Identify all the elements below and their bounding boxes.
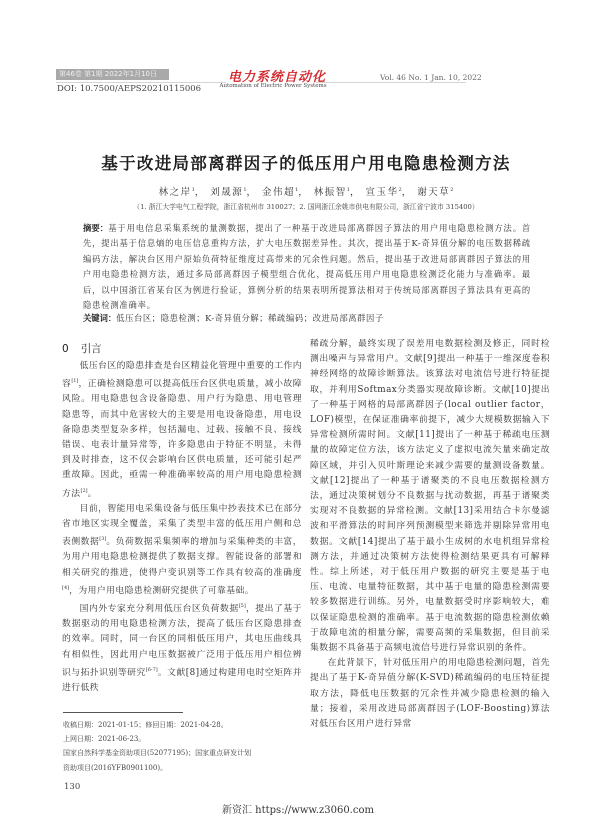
footnote-line-dates: 收稿日期：2021-01-15；修回日期：2021-04-28。 [63, 718, 303, 732]
citation[interactable]: [2] [81, 488, 88, 494]
author-affil-mark: 2 [450, 187, 453, 193]
author: 林振智 [314, 187, 347, 198]
keywords: 关键词：低压台区；隐患检测；K-奇异值分解；稀疏编码；改进局部离群因子 [83, 312, 531, 324]
page-number: 130 [64, 782, 80, 792]
paragraph-text: 。 [88, 489, 97, 499]
footnote-line-online: 上网日期：2021-06-23。 [63, 732, 303, 746]
abstract-label: 摘要： [83, 223, 108, 233]
footnote-rule [63, 712, 183, 713]
author-affil-mark: 1 [295, 187, 298, 193]
author: 林之岸 [159, 187, 192, 198]
body-column-right: 稀疏分解，最终实现了误差用电数据检测及修正，同时检测出噪声与异常用户。文献[9]… [310, 337, 550, 732]
author-affil-mark: 1 [347, 187, 350, 193]
volume-info: Vol. 46 No. 1 Jan. 10, 2022 [380, 73, 468, 82]
paragraph-text: ，正确检测隐患可以提高低压台区供电质量，减小故障风险。用电隐患包含设备隐患、用户… [62, 379, 302, 498]
abstract: 摘要：基于用电信息采集系统的量测数据，提出了一种基于改进局部离群因子算法的用户用… [83, 221, 531, 313]
paragraph-text: ，提出了基于数据驱动的用电隐患检测方法，提高了低压台区隐患排查的效率。同时，同一… [62, 604, 302, 678]
footnote: 收稿日期：2021-01-15；修回日期：2021-04-28。 上网日期：20… [63, 718, 303, 775]
header-divider-left [56, 82, 226, 83]
paragraph: 目前，智能用电采集设备与低压集中抄表技术已在部分省市地区实现全覆盖，采集了类型丰… [62, 502, 302, 599]
section-title: 引言 [81, 343, 102, 355]
author-affil-mark: 1 [243, 187, 246, 193]
citation[interactable]: [6-7] [146, 667, 158, 673]
body-column-left: 低压台区的隐患排查是台区精益化管理中重要的工作内容[1]，正确检测隐患可以提高低… [62, 359, 302, 696]
affiliations: （1. 浙江大学电气工程学院，浙江省杭州市 310027；2. 国网浙江余姚市供… [56, 201, 556, 211]
keywords-label: 关键词： [83, 313, 116, 323]
paragraph: 低压台区的隐患排查是台区精益化管理中重要的工作内容[1]，正确检测隐患可以提高低… [62, 359, 302, 502]
paragraph: 国内外专家充分利用低压台区负荷数据[5]，提出了基于数据驱动的用电隐患检测方法，… [62, 599, 302, 696]
issue-tag: 第46卷 第1期 2022年1月10日 [56, 69, 169, 80]
paragraph: 稀疏分解，最终实现了误差用电数据检测及修正，同时检测出噪声与异常用户。文献[9]… [310, 337, 550, 656]
watermark-link[interactable]: 新资汇 https://www.z3060.com [222, 801, 374, 816]
author: 谢天草 [417, 187, 450, 198]
paragraph: 在此背景下，针对低压用户的用电隐患检测问题，首先提出了基于K-奇异值分解(K-S… [310, 656, 550, 732]
author-affil-mark: 1 [192, 187, 195, 193]
paper-title: 基于改进局部离群因子的低压用户用电隐患检测方法 [56, 150, 556, 174]
journal-name-en: Automation of Electric Power Systems [218, 83, 328, 89]
citation[interactable]: [5] [239, 603, 246, 609]
paragraph-text: ，为用户用电隐患检测研究提供了可靠基础。 [69, 586, 254, 596]
section-heading: 0引言 [62, 341, 102, 356]
author-affil-mark: 2 [399, 187, 402, 193]
keywords-text: 低压台区；隐患检测；K-奇异值分解；稀疏编码；改进局部离群因子 [116, 313, 384, 323]
paragraph-text: 国内外专家充分利用低压台区负荷数据 [80, 604, 239, 614]
author: 金伟超 [262, 187, 295, 198]
author-list: 林之岸1， 刘晟源1， 金伟超1， 林振智1， 宣玉华2， 谢天草2 [56, 184, 556, 198]
footnote-line-funding-cont: 资助项目(2016YFB0901100)。 [63, 761, 303, 775]
doi: DOI: 10.7500/AEPS20210115006 [57, 84, 201, 94]
header-divider-right [316, 82, 466, 83]
author: 刘晟源 [210, 187, 243, 198]
footnote-line-funding: 国家自然科学基金资助项目(52077195)；国家重点研发计划 [63, 746, 303, 760]
author: 宣玉华 [366, 187, 399, 198]
abstract-text: 基于用电信息采集系统的量测数据，提出了一种基于改进局部离群因子算法的用户用电隐患… [83, 223, 531, 310]
section-number: 0 [62, 343, 69, 355]
